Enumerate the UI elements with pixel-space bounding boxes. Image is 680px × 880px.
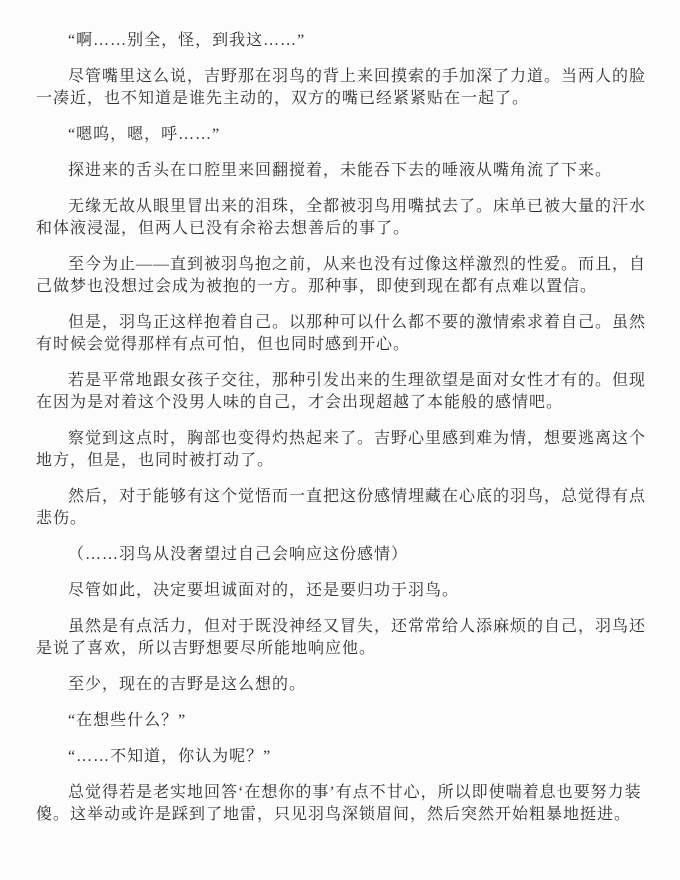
- paragraph-dialogue: “嗯呜，嗯，呼……”: [36, 124, 650, 146]
- paragraph-narration: 虽然是有点活力，但对于既没神经又冒失，还常常给人添麻烦的自己，羽鸟还是说了喜欢，…: [36, 616, 650, 660]
- paragraph-narration: 至少，现在的吉野是这么想的。: [36, 674, 650, 696]
- paragraph-narration: 察觉到这点时，胸部也变得灼热起来了。吉野心里感到难为情，想要逃离这个地方，但是，…: [36, 428, 650, 472]
- paragraph-narration: 探进来的舌头在口腔里来回翻搅着，未能吞下去的唾液从嘴角流了下来。: [36, 160, 650, 182]
- paragraph-narration: 但是，羽鸟正这样抱着自己。以那种可以什么都不要的激情索求着自己。虽然有时候会觉得…: [36, 312, 650, 356]
- paragraph-narration: 无缘无故从眼里冒出来的泪珠，全都被羽鸟用嘴拭去了。床单已被大量的汗水和体液浸湿，…: [36, 196, 650, 240]
- paragraph-thought: （……羽鸟从没奢望过自己会响应这份感情）: [36, 544, 650, 566]
- paragraph-dialogue: “在想些什么？”: [36, 710, 650, 732]
- paragraph-dialogue: “啊……别全，怪，到我这……”: [36, 30, 650, 52]
- paragraph-dialogue: “……不知道，你认为呢？”: [36, 746, 650, 768]
- paragraph-narration: 若是平常地跟女孩子交往，那种引发出来的生理欲望是面对女性才有的。但现在因为是对着…: [36, 370, 650, 414]
- paragraph-narration: 尽管嘴里这么说，吉野那在羽鸟的背上来回摸索的手加深了力道。当两人的脸一凑近，也不…: [36, 66, 650, 110]
- paragraph-narration: 至今为止——直到被羽鸟抱之前，从来也没有过像这样激烈的性爱。而且，自己做梦也没想…: [36, 254, 650, 298]
- paragraph-narration: 然后，对于能够有这个觉悟而一直把这份感情埋藏在心底的羽鸟，总觉得有点悲伤。: [36, 486, 650, 530]
- paragraph-narration: 尽管如此，决定要坦诚面对的，还是要归功于羽鸟。: [36, 580, 650, 602]
- paragraph-narration: 总觉得若是老实地回答‘在想你的事’有点不甘心，所以即使喘着息也要努力装傻。这举动…: [36, 782, 650, 826]
- text-block: “啊……别全，怪，到我这……” 尽管嘴里这么说，吉野那在羽鸟的背上来回摸索的手加…: [36, 30, 650, 826]
- novel-page: “啊……别全，怪，到我这……” 尽管嘴里这么说，吉野那在羽鸟的背上来回摸索的手加…: [0, 0, 680, 880]
